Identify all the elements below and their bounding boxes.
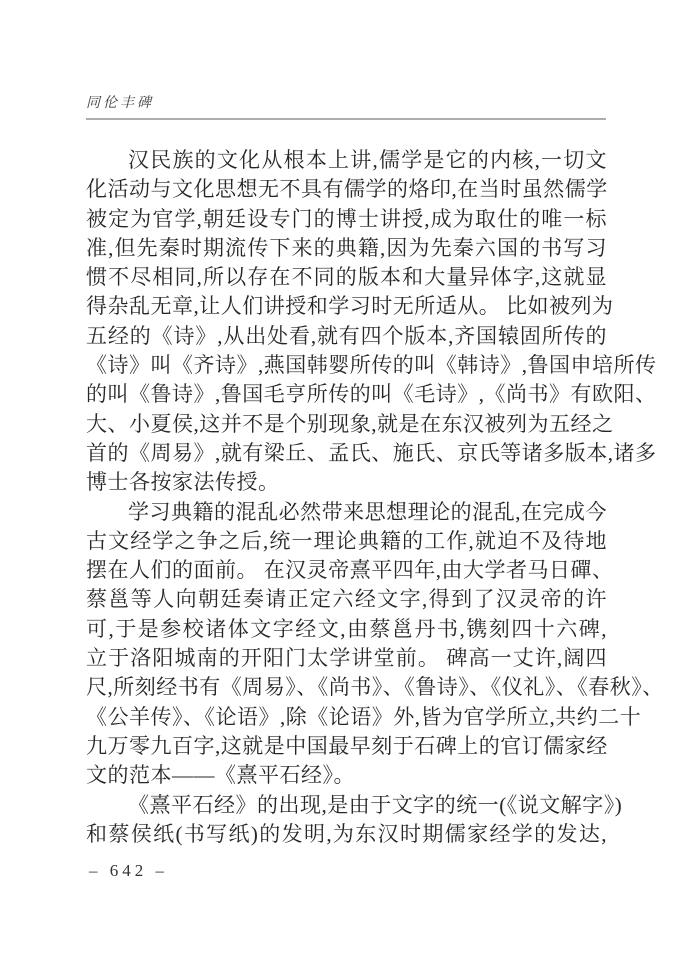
text-line: 大、小夏侯,这并不是个别现象,就是在东汉被列为五经之	[86, 410, 607, 439]
running-header-title: 同伦丰碑	[86, 95, 606, 113]
paragraph-2: 学习典籍的混乱必然带来思想理论的混乱,在完成今 古文经学之争之后,统一理论典籍的…	[86, 498, 607, 791]
text-line: 首的《周易》,就有梁丘、孟氏、施氏、京氏等诸多版本,诸多	[86, 439, 607, 468]
text-line: 和蔡侯纸(书写纸)的发明,为东汉时期儒家经学的发达,	[86, 820, 607, 849]
running-header: 同伦丰碑	[86, 95, 606, 120]
text-line: 可,于是参校诸体文字经文,由蔡邕丹书,镌刻四十六碑,	[86, 615, 607, 644]
text-line: 学习典籍的混乱必然带来思想理论的混乱,在完成今	[86, 498, 607, 527]
text-line: 被定为官学,朝廷设专门的博士讲授,成为取仕的唯一标	[86, 205, 607, 234]
text-line: 的叫《鲁诗》,鲁国毛亨所传的叫《毛诗》,《尚书》有欧阳、	[86, 380, 607, 409]
text-line: 《诗》叫《齐诗》,燕国韩婴所传的叫《韩诗》,鲁国申培所传	[86, 351, 607, 380]
text-line: 蔡邕等人向朝廷奏请正定六经文字,得到了汉灵帝的许	[86, 585, 607, 614]
text-line: 文的范本——《熹平石经》。	[86, 761, 607, 790]
paragraph-3: 《熹平石经》的出现,是由于文字的统一(《说文解字》) 和蔡侯纸(书写纸)的发明,…	[86, 791, 607, 850]
text-line: 摆在人们的面前。 在汉灵帝熹平四年,由大学者马日磾、	[86, 556, 607, 585]
text-line: 古文经学之争之后,统一理论典籍的工作,就迫不及待地	[86, 527, 607, 556]
text-line: 九万零九百字,这就是中国最早刻于石碑上的官订儒家经	[86, 732, 607, 761]
text-line: 尺,所刻经书有《周易》、《尚书》、《鲁诗》、《仪礼》、《春秋》、	[86, 673, 607, 702]
text-line: 惯不尽相同,所以存在不同的版本和大量异体字,这就显	[86, 263, 607, 292]
header-rule	[86, 118, 606, 120]
text-line: 博士各按家法传授。	[86, 468, 607, 497]
text-line: 准,但先秦时期流传下来的典籍,因为先秦六国的书写习	[86, 234, 607, 263]
text-line: 得杂乱无章,让人们讲授和学习时无所适从。 比如被列为	[86, 292, 607, 321]
text-line: 汉民族的文化从根本上讲,儒学是它的内核,一切文	[86, 146, 607, 175]
text-line: 立于洛阳城南的开阳门太学讲堂前。 碑高一丈许,阔四	[86, 644, 607, 673]
text-line: 《公羊传》、《论语》,除《论语》外,皆为官学所立,共约二十	[86, 703, 607, 732]
body-text: 汉民族的文化从根本上讲,儒学是它的内核,一切文 化活动与文化思想无不具有儒学的烙…	[86, 146, 607, 849]
text-line: 化活动与文化思想无不具有儒学的烙印,在当时虽然儒学	[86, 175, 607, 204]
paragraph-1: 汉民族的文化从根本上讲,儒学是它的内核,一切文 化活动与文化思想无不具有儒学的烙…	[86, 146, 607, 498]
page-number: – 642 –	[89, 861, 168, 881]
text-line: 五经的《诗》,从出处看,就有四个版本,齐国辕固所传的	[86, 322, 607, 351]
book-page: 同伦丰碑 汉民族的文化从根本上讲,儒学是它的内核,一切文 化活动与文化思想无不具…	[0, 0, 692, 968]
text-line: 《熹平石经》的出现,是由于文字的统一(《说文解字》)	[86, 791, 607, 820]
